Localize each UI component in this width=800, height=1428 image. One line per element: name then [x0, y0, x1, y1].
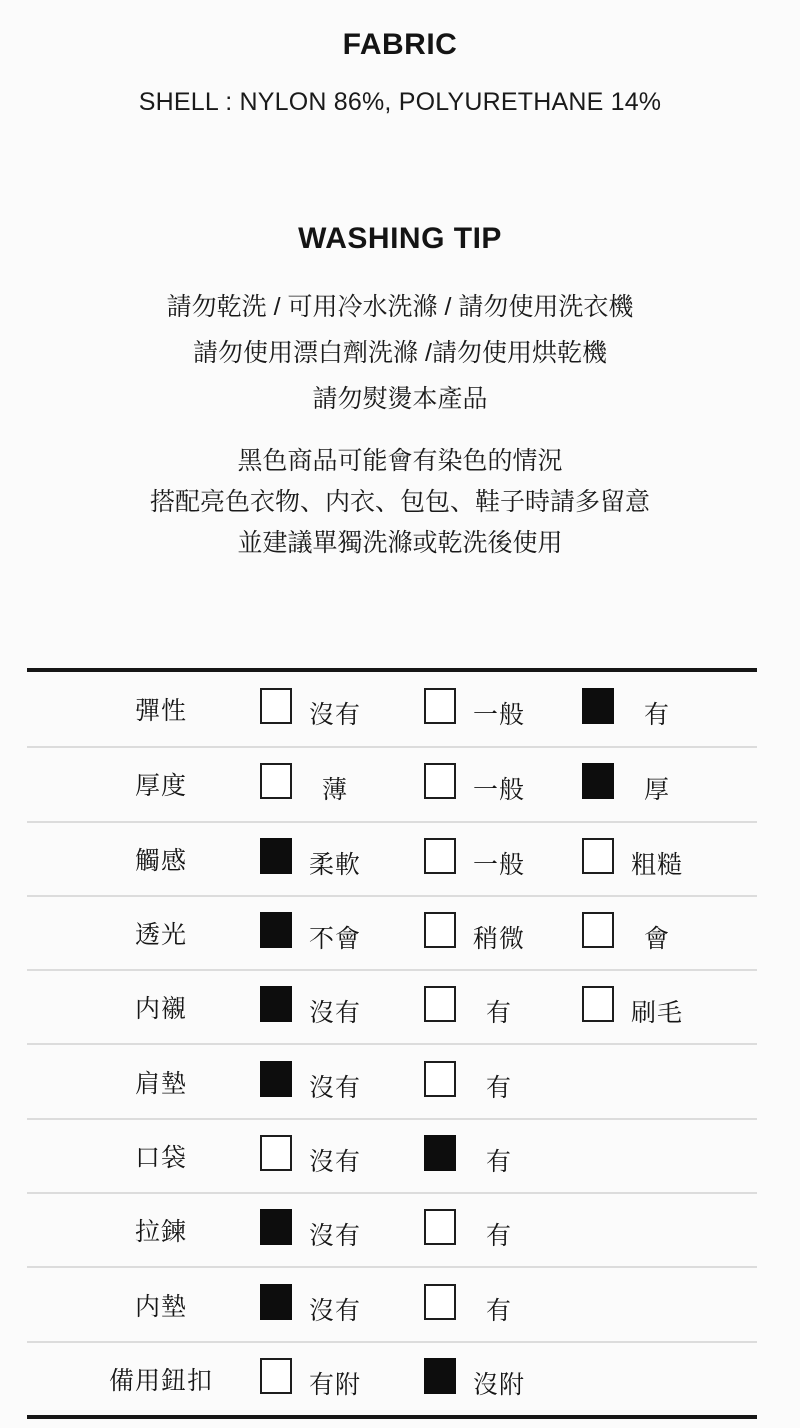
attribute-label: 透光 [27, 915, 260, 951]
fabric-title: FABRIC [0, 27, 800, 63]
checkbox-checked-icon [260, 1209, 292, 1245]
option-label: 柔軟 [298, 845, 372, 881]
option-label: 沒有 [298, 1142, 372, 1178]
attribute-option: 沒有 [260, 1208, 424, 1252]
checkbox-checked-icon [260, 1061, 292, 1097]
option-label: 沒有 [298, 695, 372, 731]
option-label: 有 [462, 1216, 536, 1252]
option-label: 會 [620, 919, 694, 955]
attribute-option: 稍微 [424, 911, 582, 955]
option-label: 不會 [298, 919, 372, 955]
checkbox-checked-icon [260, 1284, 292, 1320]
checkbox-unchecked-icon [424, 688, 456, 724]
checkbox-unchecked-icon [582, 838, 614, 874]
checkbox-unchecked-icon [424, 1061, 456, 1097]
attribute-option: 沒附 [424, 1357, 582, 1401]
attribute-option: 沒有 [260, 1060, 424, 1104]
checkbox-unchecked-icon [424, 1209, 456, 1245]
checkbox-unchecked-icon [260, 1135, 292, 1171]
attribute-option: 有 [424, 1060, 582, 1104]
attribute-option: 沒有 [260, 687, 424, 731]
attribute-row: 肩墊沒有有 [27, 1043, 757, 1117]
attribute-row: 觸感柔軟一般粗糙 [27, 821, 757, 895]
option-label: 有 [462, 993, 536, 1029]
attribute-option: 一般 [424, 687, 582, 731]
checkbox-checked-icon [424, 1135, 456, 1171]
attribute-option: 粗糙 [582, 837, 757, 881]
attribute-label: 肩墊 [27, 1064, 260, 1100]
attribute-option: 有 [424, 1283, 582, 1327]
attribute-label: 内襯 [27, 989, 260, 1025]
option-label: 一般 [462, 695, 536, 731]
attribute-label: 觸感 [27, 841, 260, 877]
attribute-option: 厚 [582, 762, 757, 806]
option-label: 稍微 [462, 919, 536, 955]
attribute-row: 口袋沒有有 [27, 1118, 757, 1192]
option-label: 沒有 [298, 1068, 372, 1104]
attribute-option: 一般 [424, 762, 582, 806]
checkbox-checked-icon [260, 986, 292, 1022]
attribute-option: 薄 [260, 762, 424, 806]
attribute-option: 有 [424, 985, 582, 1029]
checkbox-unchecked-icon [260, 763, 292, 799]
checkbox-checked-icon [582, 763, 614, 799]
attribute-option: 沒有 [260, 985, 424, 1029]
washing-instruction-line: 請勿乾洗 / 可用冷水洗滌 / 請勿使用洗衣機 [0, 284, 800, 330]
attribute-row: 拉鍊沒有有 [27, 1192, 757, 1266]
attributes-table: 彈性沒有一般有厚度薄一般厚觸感柔軟一般粗糙透光不會稍微會内襯沒有有刷毛肩墊沒有有… [27, 668, 757, 1419]
option-label: 沒有 [298, 1216, 372, 1252]
washing-instructions: 請勿乾洗 / 可用冷水洗滌 / 請勿使用洗衣機 請勿使用漂白劑洗滌 /請勿使用烘… [0, 284, 800, 422]
option-label: 一般 [462, 770, 536, 806]
attribute-option: 有 [424, 1208, 582, 1252]
attribute-row: 透光不會稍微會 [27, 895, 757, 969]
washing-instruction-line: 請勿使用漂白劑洗滌 /請勿使用烘乾機 [0, 330, 800, 376]
attribute-option: 有 [424, 1134, 582, 1178]
option-label: 有 [462, 1068, 536, 1104]
attribute-option: 不會 [260, 911, 424, 955]
option-label: 厚 [620, 770, 694, 806]
attribute-row: 内墊沒有有 [27, 1266, 757, 1340]
attribute-option: 一般 [424, 837, 582, 881]
washing-tip-section: WASHING TIP 請勿乾洗 / 可用冷水洗滌 / 請勿使用洗衣機 請勿使用… [0, 221, 800, 564]
checkbox-unchecked-icon [582, 986, 614, 1022]
option-label: 粗糙 [620, 845, 694, 881]
attribute-option: 柔軟 [260, 837, 424, 881]
option-label: 一般 [462, 845, 536, 881]
checkbox-unchecked-icon [424, 986, 456, 1022]
attribute-row: 内襯沒有有刷毛 [27, 969, 757, 1043]
attribute-option: 刷毛 [582, 985, 757, 1029]
checkbox-unchecked-icon [424, 838, 456, 874]
checkbox-checked-icon [260, 838, 292, 874]
option-label: 沒有 [298, 1291, 372, 1327]
attribute-label: 拉鍊 [27, 1212, 260, 1248]
attribute-label: 厚度 [27, 766, 260, 802]
checkbox-unchecked-icon [260, 688, 292, 724]
option-label: 有 [462, 1291, 536, 1327]
washing-tip-title: WASHING TIP [0, 221, 800, 257]
washing-instruction-line: 請勿熨燙本產品 [0, 376, 800, 422]
option-label: 有 [620, 695, 694, 731]
option-label: 有 [462, 1142, 536, 1178]
dye-warning-line: 並建議單獨洗滌或乾洗後使用 [0, 523, 800, 564]
dye-warning-line: 搭配亮色衣物、内衣、包包、鞋子時請多留意 [0, 482, 800, 523]
fabric-composition: SHELL : NYLON 86%, POLYURETHANE 14% [0, 88, 800, 116]
attribute-label: 彈性 [27, 691, 260, 727]
attribute-label: 備用鈕扣 [27, 1361, 260, 1397]
attribute-option: 有附 [260, 1357, 424, 1401]
checkbox-unchecked-icon [582, 912, 614, 948]
checkbox-checked-icon [424, 1358, 456, 1394]
attribute-label: 内墊 [27, 1287, 260, 1323]
checkbox-unchecked-icon [260, 1358, 292, 1394]
checkbox-checked-icon [260, 912, 292, 948]
attribute-label: 口袋 [27, 1138, 260, 1174]
fabric-section: FABRIC SHELL : NYLON 86%, POLYURETHANE 1… [0, 0, 800, 116]
checkbox-unchecked-icon [424, 1284, 456, 1320]
checkbox-checked-icon [582, 688, 614, 724]
option-label: 沒有 [298, 993, 372, 1029]
attribute-row: 彈性沒有一般有 [27, 672, 757, 746]
attribute-option: 有 [582, 687, 757, 731]
dye-warning-line: 黑色商品可能會有染色的情況 [0, 441, 800, 482]
option-label: 薄 [298, 770, 372, 806]
checkbox-unchecked-icon [424, 763, 456, 799]
attribute-option: 沒有 [260, 1283, 424, 1327]
option-label: 沒附 [462, 1365, 536, 1401]
attribute-row: 厚度薄一般厚 [27, 746, 757, 820]
checkbox-unchecked-icon [424, 912, 456, 948]
option-label: 有附 [298, 1365, 372, 1401]
dye-warning-notes: 黑色商品可能會有染色的情況 搭配亮色衣物、内衣、包包、鞋子時請多留意 並建議單獨… [0, 441, 800, 564]
option-label: 刷毛 [620, 993, 694, 1029]
attribute-row: 備用鈕扣有附沒附 [27, 1341, 757, 1415]
attribute-option: 會 [582, 911, 757, 955]
attribute-option: 沒有 [260, 1134, 424, 1178]
